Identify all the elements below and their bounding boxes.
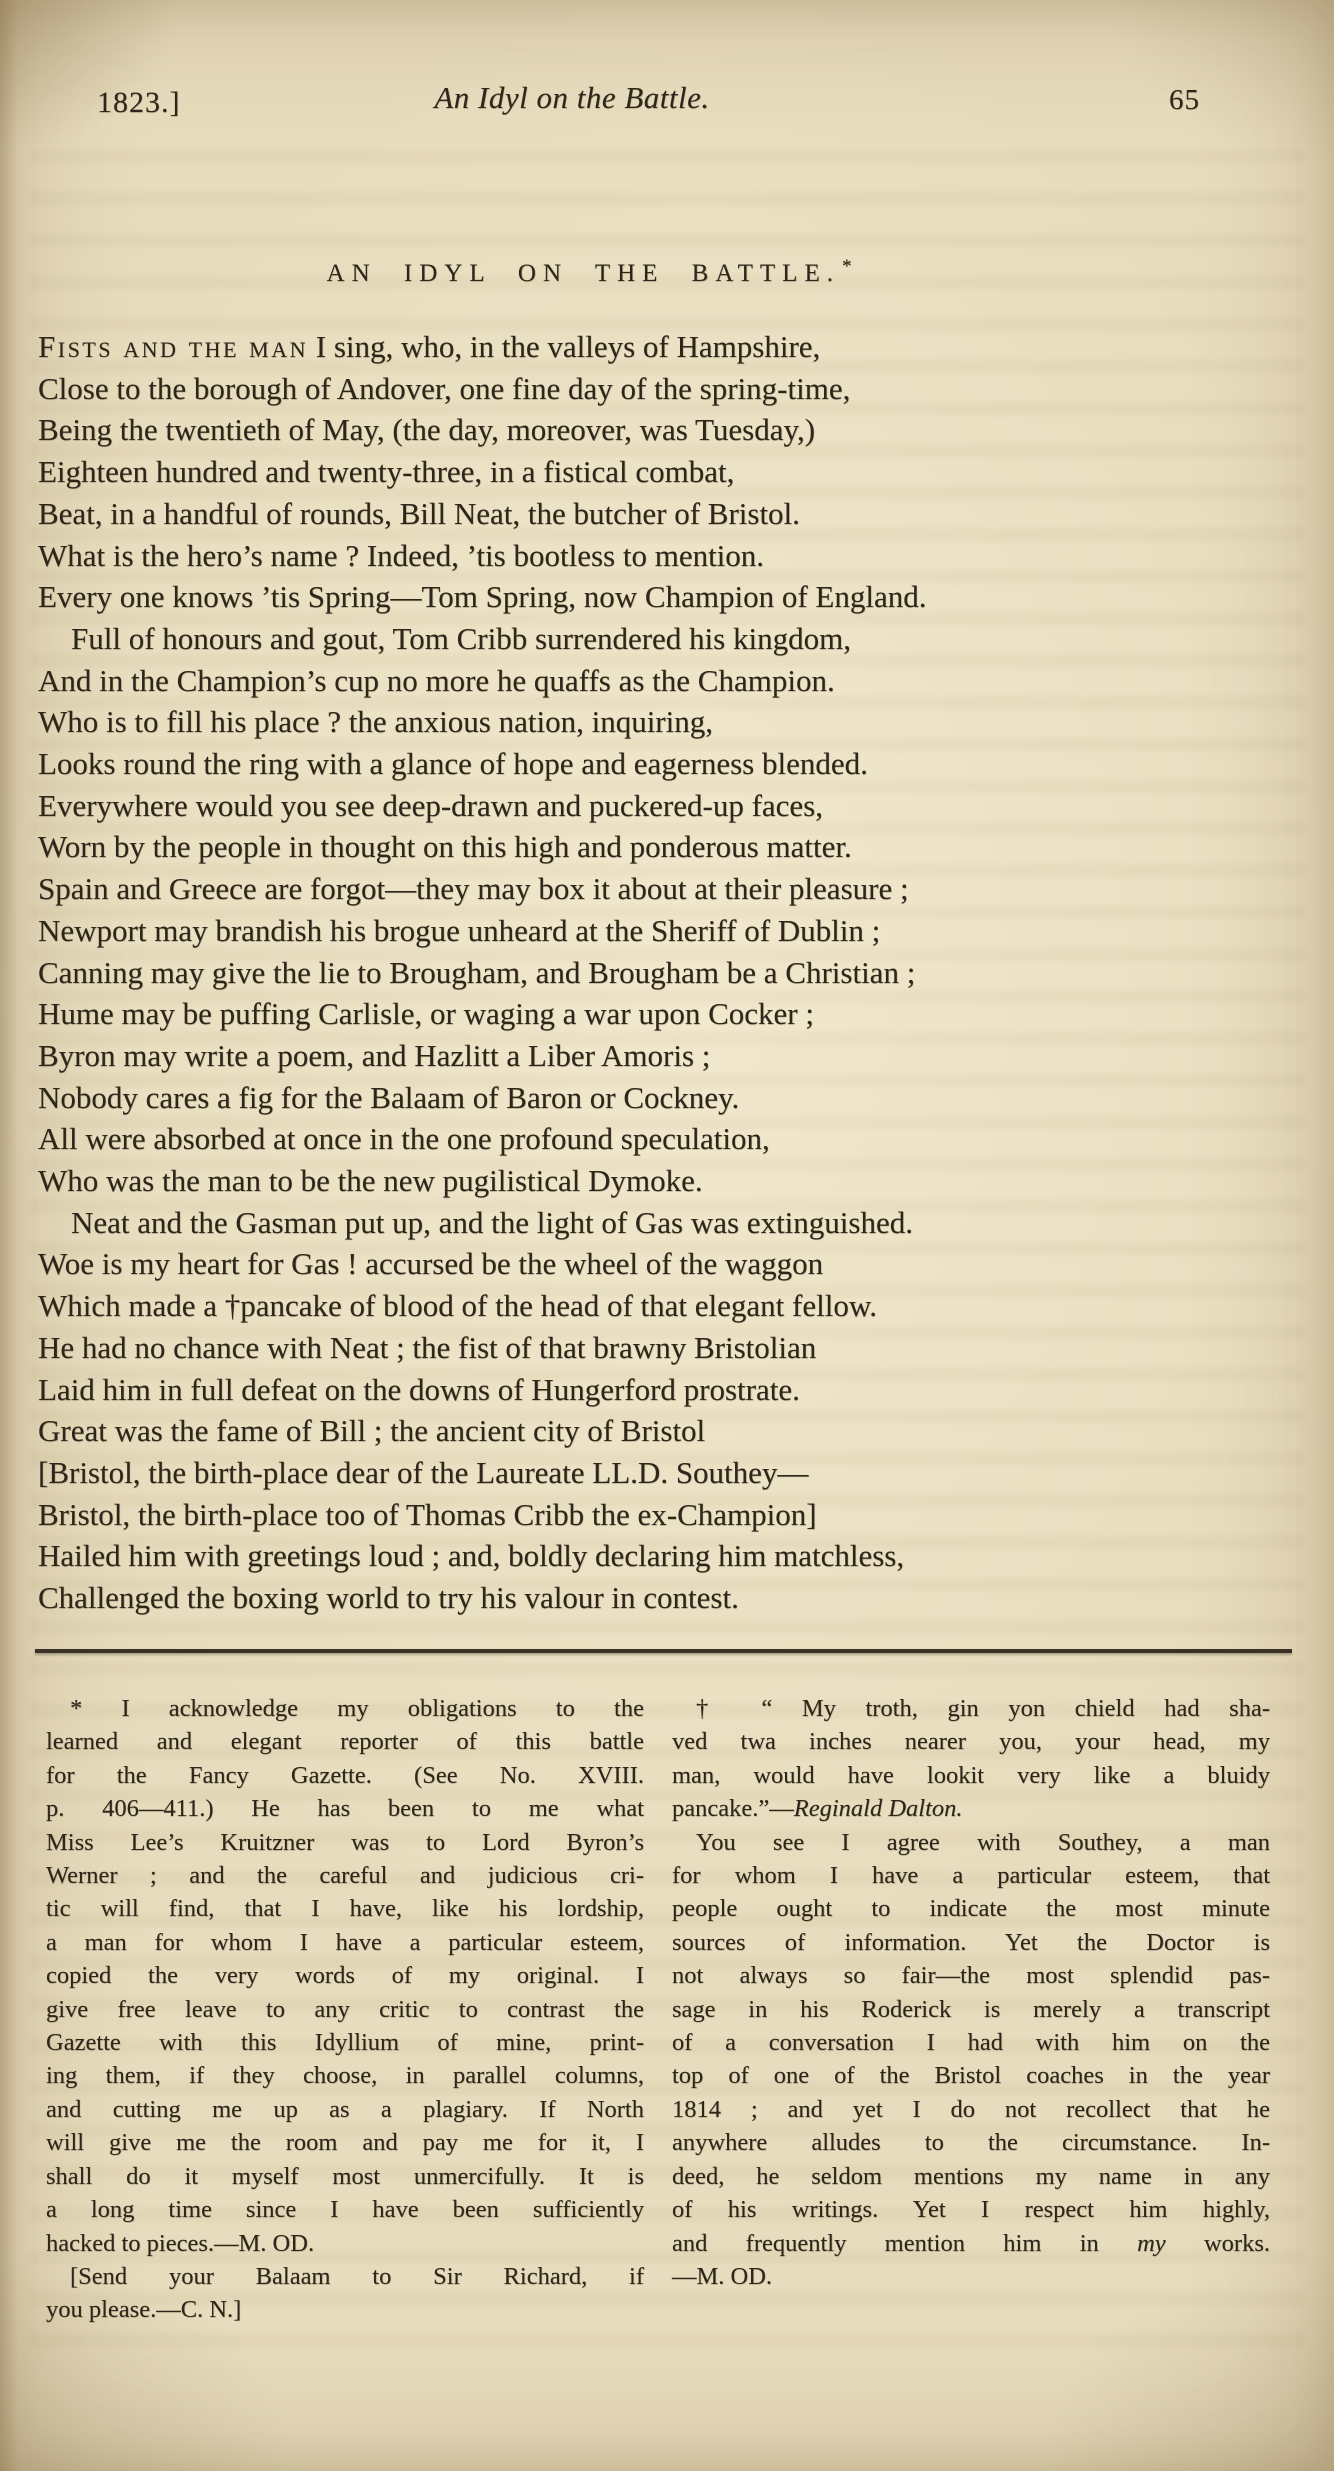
footnote-line: give free leave to any critic to contras…	[46, 1993, 644, 2026]
text-segment: [Send your Balaam to Sir Richard, if	[70, 2263, 644, 2290]
text-segment: Spain and Greece are forgot—they may box…	[38, 871, 909, 906]
poem-line: Great was the fame of Bill ; the ancient…	[38, 1410, 1314, 1452]
text-segment: Newport may brandish his brogue unheard …	[38, 913, 880, 948]
text-segment: † “ My troth, gin yon chield had sha-	[696, 1695, 1270, 1722]
text-segment: Hume may be puffing Carlisle, or waging …	[38, 996, 814, 1031]
text-segment: Worn by the people in thought on this hi…	[38, 829, 852, 864]
text-segment: ing them, if they choose, in parallel co…	[46, 2062, 644, 2089]
footnote-line: and cutting me up as a plagiary. If Nort…	[46, 2093, 644, 2126]
poem-body: Fists and the man I sing, who, in the va…	[38, 326, 1314, 1619]
footnote-line: of a conversation I had with him on the	[672, 2026, 1270, 2059]
opening-small-caps: Fists and the man	[38, 329, 308, 364]
article-title: AN IDYL ON THE BATTLE.*	[0, 256, 1256, 288]
header-running-title: An Idyl on the Battle.	[434, 80, 709, 116]
text-segment: All were absorbed at once in the one pro…	[38, 1121, 770, 1156]
footnotes-section: * I acknowledge my obligations to thelea…	[46, 1692, 1270, 2327]
footnote-line: p. 406—411.) He has been to me what	[46, 1792, 644, 1825]
text-segment: for the Fancy Gazette. (See No. XVIII.	[46, 1762, 644, 1789]
poem-line: Close to the borough of Andover, one fin…	[38, 368, 1314, 410]
footnote-line: learned and elegant reporter of this bat…	[46, 1725, 644, 1758]
text-segment: * I acknowledge my obligations to the	[70, 1695, 644, 1722]
footnote-line: you please.—C. N.]	[46, 2293, 644, 2326]
text-segment: And in the Champion’s cup no more he qua…	[38, 663, 835, 698]
text-segment: —M. OD.	[672, 2263, 772, 2290]
footnote-line: Gazette with this Idyllium of mine, prin…	[46, 2026, 644, 2059]
text-segment: He had no chance with Neat ; the fist of…	[38, 1330, 816, 1365]
text-segment: Miss Lee’s Kruitzner was to Lord Byron’s	[46, 1829, 644, 1856]
text-segment: sage in his Roderick is merely a transcr…	[672, 1996, 1270, 2023]
text-segment: and frequently mention him in	[672, 2230, 1137, 2257]
text-segment: deed, he seldom mentions my name in any	[672, 2163, 1270, 2190]
footnote-line: and frequently mention him in my works.	[672, 2227, 1270, 2260]
poem-line: Nobody cares a fig for the Balaam of Bar…	[38, 1077, 1314, 1119]
footnote-column-left: * I acknowledge my obligations to thelea…	[46, 1692, 644, 2327]
text-segment: I sing, who, in the valleys of Hampshire…	[308, 329, 820, 364]
footnote-line: for the Fancy Gazette. (See No. XVIII.	[46, 1759, 644, 1792]
text-segment: people ought to indicate the most minute	[672, 1895, 1270, 1922]
scanned-book-page: { "colors": { "paper": "#e7dcbd", "ink":…	[0, 0, 1334, 2471]
text-segment: tic will find, that I have, like his lor…	[46, 1895, 644, 1922]
footnote-line: of his writings. Yet I respect him highl…	[672, 2193, 1270, 2226]
text-segment: Great was the fame of Bill ; the ancient…	[38, 1413, 705, 1448]
footnote-line: ing them, if they choose, in parallel co…	[46, 2059, 644, 2092]
footnote-divider-rule	[35, 1649, 1292, 1653]
footnote-line: tic will find, that I have, like his lor…	[46, 1892, 644, 1925]
footnote-line: man, would have lookit very like a bluid…	[672, 1759, 1270, 1792]
text-segment: Gazette with this Idyllium of mine, prin…	[46, 2029, 644, 2056]
article-title-text: AN IDYL ON THE BATTLE.	[327, 260, 840, 287]
text-segment: shall do it myself most unmercifully. It…	[46, 2163, 644, 2190]
poem-line: Eighteen hundred and twenty-three, in a …	[38, 451, 1314, 493]
poem-line: Full of honours and gout, Tom Cribb surr…	[38, 618, 1314, 660]
poem-line: Fists and the man I sing, who, in the va…	[38, 326, 1314, 368]
text-segment: sources of information. Yet the Doctor i…	[672, 1929, 1270, 1956]
footnote-marker-asterisk: *	[842, 256, 852, 277]
text-segment: Byron may write a poem, and Hazlitt a Li…	[38, 1038, 710, 1073]
footnote-line: top of one of the Bristol coaches in the…	[672, 2059, 1270, 2092]
text-segment: Challenged the boxing world to try his v…	[38, 1580, 739, 1615]
footnote-line: shall do it myself most unmercifully. It…	[46, 2160, 644, 2193]
poem-line: Being the twentieth of May, (the day, mo…	[38, 409, 1314, 451]
footnote-line: copied the very words of my original. I	[46, 1959, 644, 1992]
text-segment: Eighteen hundred and twenty-three, in a …	[38, 454, 734, 489]
poem-line: Beat, in a handful of rounds, Bill Neat,…	[38, 493, 1314, 535]
poem-line: All were absorbed at once in the one pro…	[38, 1118, 1314, 1160]
text-segment: You see I agree with Southey, a man	[696, 1829, 1270, 1856]
text-segment: and cutting me up as a plagiary. If Nort…	[46, 2096, 644, 2123]
text-segment: give free leave to any critic to contras…	[46, 1996, 644, 2023]
poem-line: Looks round the ring with a glance of ho…	[38, 743, 1314, 785]
poem-line: Who is to fill his place ? the anxious n…	[38, 701, 1314, 743]
poem-line: What is the hero’s name ? Indeed, ’tis b…	[38, 535, 1314, 577]
page-header: 1823.] An Idyl on the Battle. 65	[0, 0, 1334, 140]
footnote-line: sage in his Roderick is merely a transcr…	[672, 1993, 1270, 2026]
footnote-line: —M. OD.	[672, 2260, 1270, 2293]
text-segment: Bristol, the birth-place too of Thomas C…	[38, 1497, 817, 1532]
footnote-line: ved twa inches nearer you, your head, my	[672, 1725, 1270, 1758]
text-segment: ved twa inches nearer you, your head, my	[672, 1728, 1270, 1755]
footnote-line: You see I agree with Southey, a man	[672, 1826, 1270, 1859]
text-segment: pancake.”—	[672, 1795, 794, 1822]
footnote-line: 1814 ; and yet I do not recollect that h…	[672, 2093, 1270, 2126]
text-segment: Beat, in a handful of rounds, Bill Neat,…	[38, 496, 800, 531]
text-segment: you please.—C. N.]	[46, 2296, 241, 2323]
text-segment: Being the twentieth of May, (the day, mo…	[38, 412, 815, 447]
poem-line: He had no chance with Neat ; the fist of…	[38, 1327, 1314, 1369]
poem-line: Canning may give the lie to Brougham, an…	[38, 952, 1314, 994]
text-segment: Woe is my heart for Gas ! accursed be th…	[38, 1246, 823, 1281]
poem-line: Who was the man to be the new pugilistic…	[38, 1160, 1314, 1202]
text-segment: Everywhere would you see deep-drawn and …	[38, 788, 823, 823]
text-segment: Which made a †pancake of blood of the he…	[38, 1288, 877, 1323]
text-segment: [Bristol, the birth-place dear of the La…	[38, 1455, 808, 1490]
text-segment: for whom I have a particular esteem, tha…	[672, 1862, 1270, 1889]
text-segment: will give me the room and pay me for it,…	[46, 2129, 644, 2156]
footnote-line: Miss Lee’s Kruitzner was to Lord Byron’s	[46, 1826, 644, 1859]
footnote-line: hacked to pieces.—M. OD.	[46, 2227, 644, 2260]
text-segment: Close to the borough of Andover, one fin…	[38, 371, 850, 406]
text-segment: a long time since I have been sufficient…	[46, 2196, 644, 2223]
text-segment: Neat and the Gasman put up, and the ligh…	[71, 1205, 913, 1240]
poem-line: Byron may write a poem, and Hazlitt a Li…	[38, 1035, 1314, 1077]
footnote-line: people ought to indicate the most minute	[672, 1892, 1270, 1925]
text-segment: Hailed him with greetings loud ; and, bo…	[38, 1538, 904, 1573]
text-segment: of a conversation I had with him on the	[672, 2029, 1270, 2056]
text-segment: Nobody cares a fig for the Balaam of Bar…	[38, 1080, 739, 1115]
text-segment: Looks round the ring with a glance of ho…	[38, 746, 868, 781]
text-segment: hacked to pieces.—M. OD.	[46, 2230, 314, 2257]
footnote-line: not always so fair—the most splendid pas…	[672, 1959, 1270, 1992]
footnote-line: for whom I have a particular esteem, tha…	[672, 1859, 1270, 1892]
footnote-line: a man for whom I have a particular estee…	[46, 1926, 644, 1959]
italic-text: my	[1137, 2230, 1166, 2257]
text-segment: Canning may give the lie to Brougham, an…	[38, 955, 915, 990]
header-page-number: 65	[1169, 84, 1200, 117]
poem-line: Hume may be puffing Carlisle, or waging …	[38, 993, 1314, 1035]
text-segment: works.	[1166, 2230, 1270, 2257]
text-segment: Laid him in full defeat on the downs of …	[38, 1372, 800, 1407]
italic-text: Reginald Dalton.	[794, 1795, 963, 1822]
poem-line: Hailed him with greetings loud ; and, bo…	[38, 1535, 1314, 1577]
footnote-line: sources of information. Yet the Doctor i…	[672, 1926, 1270, 1959]
text-segment: Who is to fill his place ? the anxious n…	[38, 704, 713, 739]
footnote-line: pancake.”—Reginald Dalton.	[672, 1792, 1270, 1825]
poem-line: Woe is my heart for Gas ! accursed be th…	[38, 1243, 1314, 1285]
footnote-line: will give me the room and pay me for it,…	[46, 2126, 644, 2159]
poem-line: [Bristol, the birth-place dear of the La…	[38, 1452, 1314, 1494]
poem-line: Worn by the people in thought on this hi…	[38, 826, 1314, 868]
text-segment: Werner ; and the careful and judicious c…	[46, 1862, 644, 1889]
poem-line: Laid him in full defeat on the downs of …	[38, 1369, 1314, 1411]
footnote-line: [Send your Balaam to Sir Richard, if	[46, 2260, 644, 2293]
text-segment: a man for whom I have a particular estee…	[46, 1929, 644, 1956]
poem-line: Everywhere would you see deep-drawn and …	[38, 785, 1314, 827]
poem-line: Newport may brandish his brogue unheard …	[38, 910, 1314, 952]
text-segment: Full of honours and gout, Tom Cribb surr…	[71, 621, 851, 656]
footnote-column-right: † “ My troth, gin yon chield had sha-ved…	[672, 1692, 1270, 2327]
footnote-line: anywhere alludes to the circumstance. In…	[672, 2126, 1270, 2159]
text-segment: top of one of the Bristol coaches in the…	[672, 2062, 1270, 2089]
poem-line: Bristol, the birth-place too of Thomas C…	[38, 1494, 1314, 1536]
poem-line: Every one knows ’tis Spring—Tom Spring, …	[38, 576, 1314, 618]
text-segment: Who was the man to be the new pugilistic…	[38, 1163, 703, 1198]
footnote-line: Werner ; and the careful and judicious c…	[46, 1859, 644, 1892]
header-year: 1823.]	[97, 86, 181, 120]
footnote-line: a long time since I have been sufficient…	[46, 2193, 644, 2226]
text-segment: not always so fair—the most splendid pas…	[672, 1962, 1270, 1989]
text-segment: man, would have lookit very like a bluid…	[672, 1762, 1270, 1789]
text-segment: learned and elegant reporter of this bat…	[46, 1728, 644, 1755]
text-segment: What is the hero’s name ? Indeed, ’tis b…	[38, 538, 764, 573]
text-segment: Every one knows ’tis Spring—Tom Spring, …	[38, 579, 926, 614]
text-segment: anywhere alludes to the circumstance. In…	[672, 2129, 1270, 2156]
text-segment: p. 406—411.) He has been to me what	[46, 1795, 644, 1822]
footnote-line: † “ My troth, gin yon chield had sha-	[672, 1692, 1270, 1725]
poem-line: Challenged the boxing world to try his v…	[38, 1577, 1314, 1619]
text-segment: 1814 ; and yet I do not recollect that h…	[672, 2096, 1270, 2123]
poem-line: Neat and the Gasman put up, and the ligh…	[38, 1202, 1314, 1244]
footnote-line: deed, he seldom mentions my name in any	[672, 2160, 1270, 2193]
text-segment: copied the very words of my original. I	[46, 1962, 644, 1989]
poem-line: Which made a †pancake of blood of the he…	[38, 1285, 1314, 1327]
poem-line: And in the Champion’s cup no more he qua…	[38, 660, 1314, 702]
footnote-line: * I acknowledge my obligations to the	[46, 1692, 644, 1725]
poem-line: Spain and Greece are forgot—they may box…	[38, 868, 1314, 910]
text-segment: of his writings. Yet I respect him highl…	[672, 2196, 1270, 2223]
